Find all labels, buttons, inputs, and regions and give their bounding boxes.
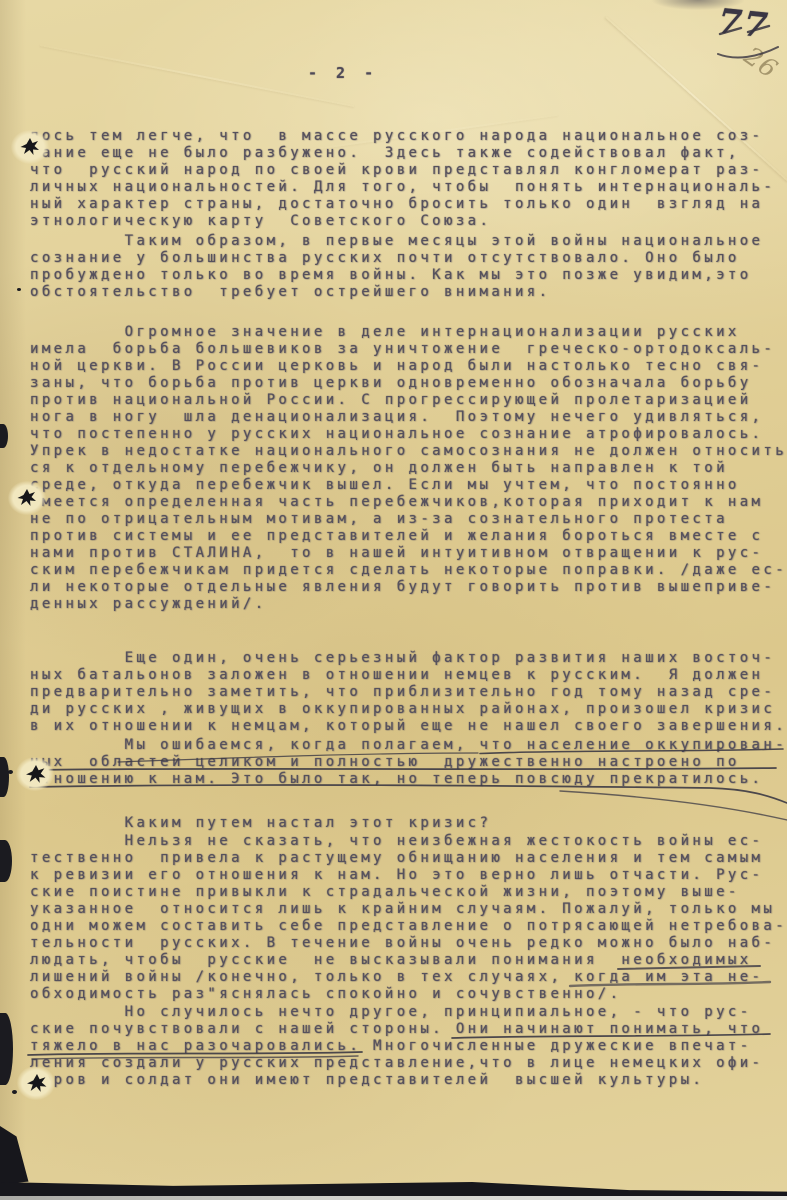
- text-line: ди русских , живущих в оккупированных ра…: [30, 701, 787, 718]
- paragraph: Каким путем настал этот кризис?: [30, 815, 787, 832]
- text-line: ским перебежчикам придется сделать некот…: [30, 562, 787, 579]
- scanned-page: 77 26 - 2 - лось тем легче, что в массе …: [0, 0, 787, 1200]
- text-line: Но случилось нечто другое, принципиально…: [30, 1004, 787, 1021]
- text-line: ных батальонов заложен в отношении немце…: [30, 667, 787, 684]
- text-line: отношению к нам. Это было так, но теперь…: [30, 771, 787, 788]
- text-line: не по отрицательным мотивам, а из-за соз…: [30, 511, 787, 528]
- text-line: в их отношении к немцам, который еще не …: [30, 718, 787, 735]
- text-line: Еще один, очень серьезный фактор развити…: [30, 650, 787, 667]
- text-line: ный характер страны, достаточно бросить …: [30, 196, 787, 213]
- text-line: нами против СТАЛИНА, то в нашей интуитив…: [30, 545, 787, 562]
- text-line: сознание у большинства русских почти отс…: [30, 250, 787, 267]
- text-line: ных областей целиком и полностью дружест…: [30, 754, 787, 771]
- text-line: людать, чтобы русские не высказывали пон…: [30, 952, 787, 969]
- paragraph: Но случилось нечто другое, принципиально…: [30, 1004, 787, 1089]
- text-line: пробуждено только во время войны. Как мы…: [30, 267, 787, 284]
- text-line: что русский народ по своей крови предста…: [30, 162, 787, 179]
- text-line: ления создали у русских представление,чт…: [30, 1055, 787, 1072]
- text-line: ной церкви. В России церковь и народ был…: [30, 358, 787, 375]
- handwritten-page-number-77: 77: [716, 3, 771, 44]
- hole-tear-icon: [26, 1073, 48, 1094]
- text-line: тественно привела к растущему обнищанию …: [30, 850, 787, 867]
- scan-bottom-strip: [0, 1196, 787, 1200]
- text-line: тяжело в нас разочаровались. Многочислен…: [30, 1038, 787, 1055]
- ink-spatter: [17, 288, 21, 291]
- text-line: имеется определенная часть перебежчиков,…: [30, 494, 787, 511]
- text-line: обстоятельство требует острейшего вниман…: [30, 284, 787, 301]
- text-line: лось тем легче, что в массе русского нар…: [30, 128, 787, 145]
- text-line: ские поистине привыкли к страдальческой …: [30, 884, 787, 901]
- paragraph: Таким образом, в первые месяцы этой войн…: [30, 233, 787, 301]
- hole-tear-icon: [17, 488, 37, 508]
- text-line: Таким образом, в первые месяцы этой войн…: [30, 233, 787, 250]
- text-line: ся к отдельному перебежчику, он должен б…: [30, 460, 787, 477]
- text-line: ские почувствовали с нашей стороны. Они …: [30, 1021, 787, 1038]
- ink-spatter: [12, 1090, 17, 1094]
- text-line: заны, что борьба против церкви одновреме…: [30, 375, 787, 392]
- text-line: указанное относится лишь к крайним случа…: [30, 901, 787, 918]
- paragraph: лось тем легче, что в массе русского нар…: [30, 128, 787, 230]
- paragraph: Огромное значение в деле интернационализ…: [30, 324, 787, 613]
- text-line: против национальной России. С прогрессир…: [30, 392, 787, 409]
- page-number: - 2 -: [308, 64, 378, 82]
- text-line: Каким путем настал этот кризис?: [30, 815, 787, 832]
- text-line: Нельзя не сказать, что неизбежная жесток…: [30, 833, 787, 850]
- text-line: имела борьба большевиков за уничтожение …: [30, 341, 787, 358]
- punch-hole: [16, 757, 54, 791]
- paragraph: Еще один, очень серьезный фактор развити…: [30, 650, 787, 735]
- text-line: среде, откуда перебежчик вышел. Если мы …: [30, 477, 787, 494]
- punch-hole: [17, 1066, 55, 1100]
- handwritten-page-number-26: 26: [740, 43, 783, 84]
- text-line: Мы ошибаемся, когда полагаем, что населе…: [30, 737, 787, 754]
- punch-hole: [11, 130, 49, 164]
- text-line: личных национальностей. Для того, чтобы …: [30, 179, 787, 196]
- text-line: что постепенно у русских национальное со…: [30, 426, 787, 443]
- text-line: ли некоторые отдельные явления будут гов…: [30, 579, 787, 596]
- text-line: предварительно заметить, что приблизител…: [30, 684, 787, 701]
- text-line: Огромное значение в деле интернационализ…: [30, 324, 787, 341]
- text-line: нание еще не было разбужено. Здесь также…: [30, 145, 787, 162]
- paragraph: Нельзя не сказать, что неизбежная жесток…: [30, 833, 787, 1003]
- text-line: Упрек в недостатке национального самосоз…: [30, 443, 787, 460]
- punch-hole: [8, 481, 46, 515]
- hole-tear-icon: [25, 764, 47, 785]
- text-line: обходимость раз"яснялась спокойно и сочу…: [30, 986, 787, 1003]
- text-line: церов и солдат они имеют представителей …: [30, 1072, 787, 1089]
- text-line: нога в ногу шла денационализация. Поэтом…: [30, 409, 787, 426]
- text-line: денных рассуждений/.: [30, 596, 787, 613]
- text-line: тельности русских. В течение войны очень…: [30, 935, 787, 952]
- text-line: одни можем составить себе представление …: [30, 918, 787, 935]
- text-line: к ревизии его отношения к нам. Но это ве…: [30, 867, 787, 884]
- text-line: лишений войны /конечно, только в тех слу…: [30, 969, 787, 986]
- text-line: против системы и ее представителей и жел…: [30, 528, 787, 545]
- hole-tear-icon: [20, 137, 40, 157]
- paragraph: Мы ошибаемся, когда полагаем, что населе…: [30, 737, 787, 788]
- text-line: этнологическую карту Советского Союза.: [30, 213, 787, 230]
